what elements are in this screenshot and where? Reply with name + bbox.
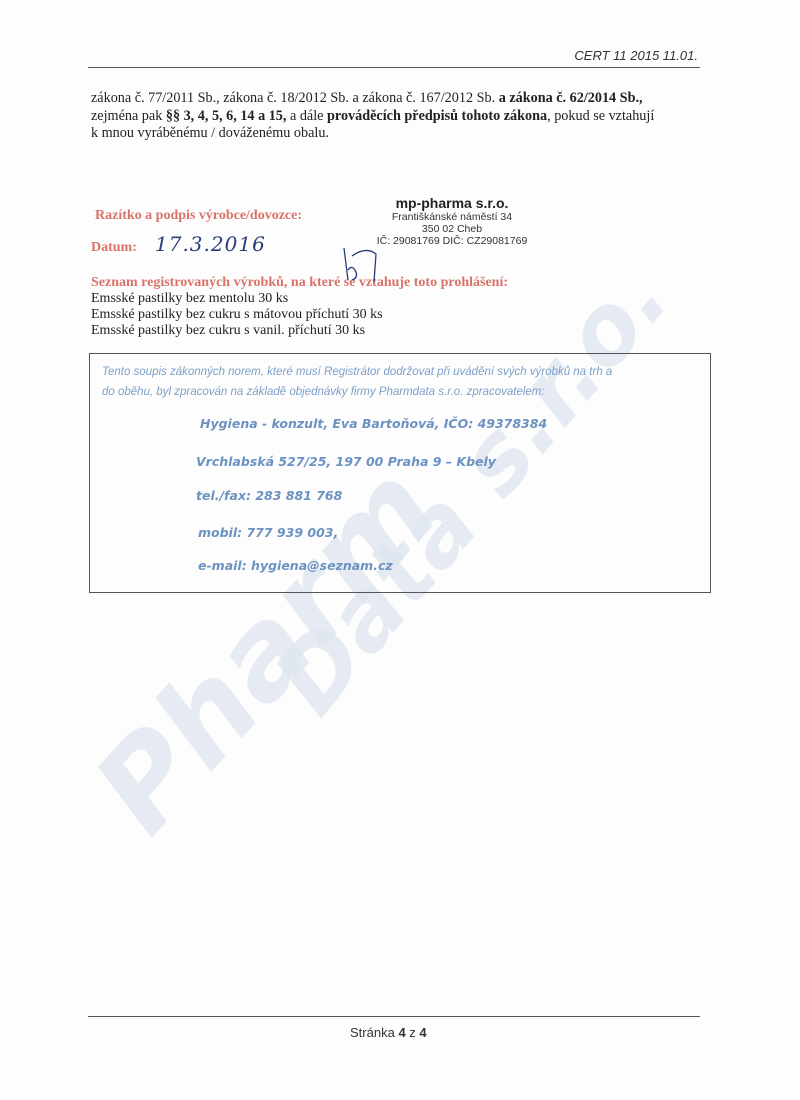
intro-line2-bold-b: prováděcích předpisů tohoto zákona <box>327 108 547 124</box>
company-stamp: mp-pharma s.r.o. Františkánské náměstí 3… <box>352 196 552 247</box>
processor-email[interactable]: e-mail: hygiena@seznam.cz <box>198 558 393 573</box>
handwritten-date: 17.3.2016 <box>155 232 266 256</box>
intro-line3: k mnou vyráběnému / dováženému obalu. <box>91 125 329 141</box>
processor-address: Vrchlabská 527/25, 197 00 Praha 9 – Kbel… <box>196 454 496 469</box>
processor-intro-line2: do oběhu, byl zpracován na základě objed… <box>102 382 702 402</box>
page-header: CERT 11 2015 11.01. <box>88 48 700 68</box>
processor-intro: Tento soupis zákonných norem, které musí… <box>102 362 702 402</box>
page-current: 4 <box>398 1025 405 1040</box>
intro-line1-regular: zákona č. 77/2011 Sb., zákona č. 18/2012… <box>91 90 495 106</box>
company-city: 350 02 Cheb <box>352 223 552 235</box>
signature-icon <box>338 242 388 287</box>
processor-info-box: Tento soupis zákonných norem, které musí… <box>89 353 711 593</box>
document-code: CERT 11 2015 11.01. <box>574 48 698 63</box>
stamp-label: Razítko a podpis výrobce/dovozce: <box>95 208 302 224</box>
processor-mobile: mobil: 777 939 003, <box>198 525 338 540</box>
product-item: Emsské pastilky bez cukru s mátovou příc… <box>91 307 383 323</box>
page-number: Stránka 4 z 4 <box>350 1025 427 1040</box>
processor-phone: tel./fax: 283 881 768 <box>196 488 342 503</box>
date-label: Datum: <box>91 240 137 256</box>
intro-line2-regular-c: , pokud se vztahují <box>547 108 654 124</box>
page-total: 4 <box>419 1025 426 1040</box>
product-item: Emsské pastilky bez mentolu 30 ks <box>91 291 383 307</box>
processor-name: Hygiena - konzult, Eva Bartoňová, IČO: 4… <box>200 416 547 431</box>
products-heading: Seznam registrovaných výrobků, na které … <box>91 275 508 291</box>
company-street: Františkánské náměstí 34 <box>352 211 552 223</box>
intro-line2-regular-b: a dále <box>290 108 323 124</box>
processor-intro-line1: Tento soupis zákonných norem, které musí… <box>102 362 702 382</box>
intro-paragraph: zákona č. 77/2011 Sb., zákona č. 18/2012… <box>91 90 703 143</box>
intro-line2-regular-a: zejména pak <box>91 108 162 124</box>
page-footer: Stránka 4 z 4 <box>88 1016 700 1017</box>
intro-line1-bold: a zákona č. 62/2014 Sb., <box>499 90 643 106</box>
page-of: z <box>409 1025 416 1040</box>
intro-line2-bold-a: §§ 3, 4, 5, 6, 14 a 15, <box>166 108 287 124</box>
products-list: Emsské pastilky bez mentolu 30 ks Emsské… <box>91 291 383 339</box>
page-prefix: Stránka <box>350 1025 395 1040</box>
product-item: Emsské pastilky bez cukru s vanil. přích… <box>91 323 383 339</box>
company-name: mp-pharma s.r.o. <box>352 196 552 211</box>
